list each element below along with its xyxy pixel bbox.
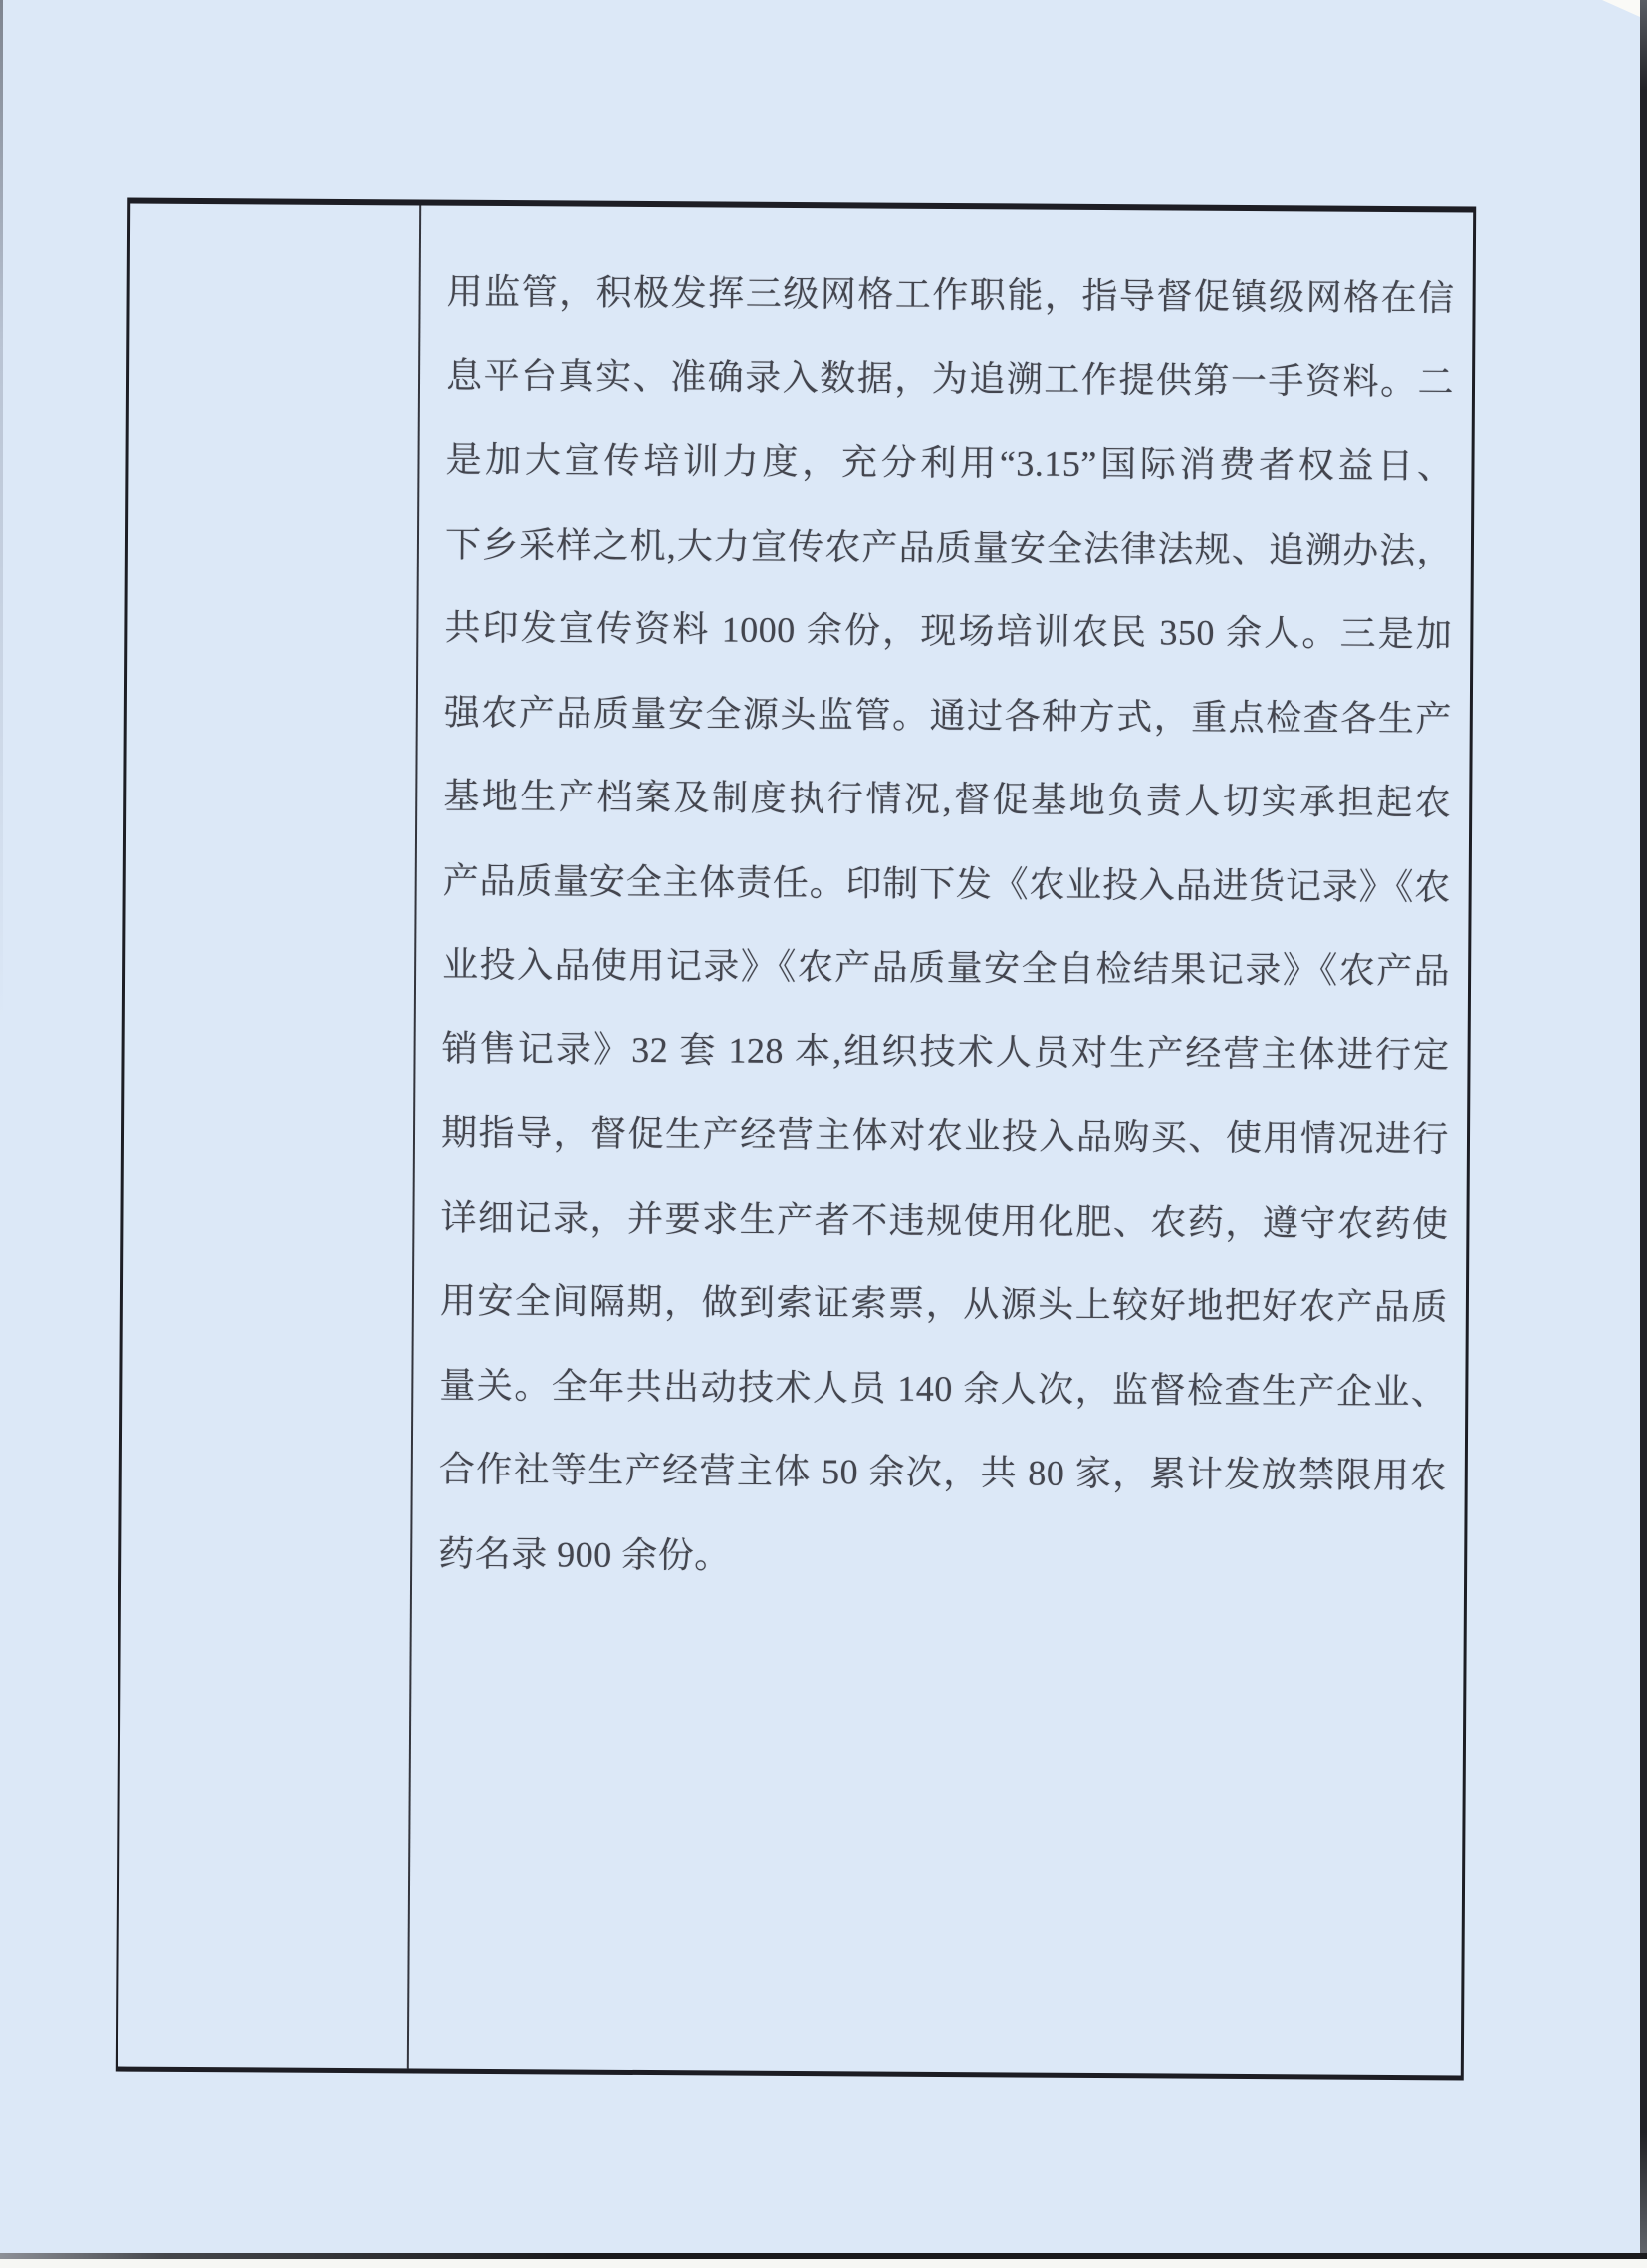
text-line: 量关。全年共出动技术人员 140 余人次，监督检查生产企业、 <box>439 1343 1448 1434</box>
text-line: 销售记录》32 套 128 本,组织技术人员对生产经营主体进行定 <box>441 1007 1450 1097</box>
report-table: 用监管，积极发挥三级网格工作职能，指导督促镇级网格在信息平台真实、准确录入数据，… <box>116 198 1476 2081</box>
text-line: 强农产品质量安全源头监管。通过各种方式，重点检查各生产 <box>444 670 1453 761</box>
text-line: 业投入品使用记录》《农产品质量安全自检结果记录》《农产品 <box>442 923 1451 1014</box>
text-line: 产品质量安全主体责任。印制下发《农业投入品进货记录》《农 <box>442 838 1451 929</box>
text-line: 用监管，积极发挥三级网格工作职能，指导督促镇级网格在信 <box>446 250 1455 340</box>
scan-edge-right <box>1640 0 1647 2268</box>
text-line: 合作社等生产经营主体 50 余次，共 80 家，累计发放禁限用农 <box>439 1428 1448 1518</box>
text-line: 基地生产档案及制度执行情况,督促基地负责人切实承担起农 <box>443 755 1452 845</box>
text-line: 是加大宣传培训力度，充分利用“3.15”国际消费者权益日、 <box>445 418 1454 509</box>
scan-corner-top-right <box>1602 0 1640 17</box>
table-content-cell: 用监管，积极发挥三级网格工作职能，指导督促镇级网格在信息平台真实、准确录入数据，… <box>409 205 1473 2075</box>
text-line: 用安全间隔期，做到索证索票，从源头上较好地把好农产品质 <box>440 1259 1449 1350</box>
text-line: 共印发宣传资料 1000 余份，现场培训农民 350 余人。三是加 <box>444 586 1453 677</box>
text-line: 息平台真实、准确录入数据，为追溯工作提供第一手资料。二 <box>446 334 1455 424</box>
scanned-page: 用监管，积极发挥三级网格工作职能，指导督促镇级网格在信息平台真实、准确录入数据，… <box>0 0 1647 2268</box>
text-line: 期指导，督促生产经营主体对农业投入品购买、使用情况进行 <box>441 1091 1450 1182</box>
scan-edge-bottom-band <box>0 2259 1647 2268</box>
text-line: 药名录 900 余份。 <box>438 1511 1447 1602</box>
scan-edge-left <box>0 0 3 2268</box>
text-line: 下乡采样之机,大力宣传农产品质量安全法律法规、追溯办法， <box>445 502 1454 592</box>
text-line: 详细记录，并要求生产者不违规使用化肥、农药，遵守农药使 <box>440 1175 1449 1265</box>
table-label-cell <box>118 204 421 2069</box>
